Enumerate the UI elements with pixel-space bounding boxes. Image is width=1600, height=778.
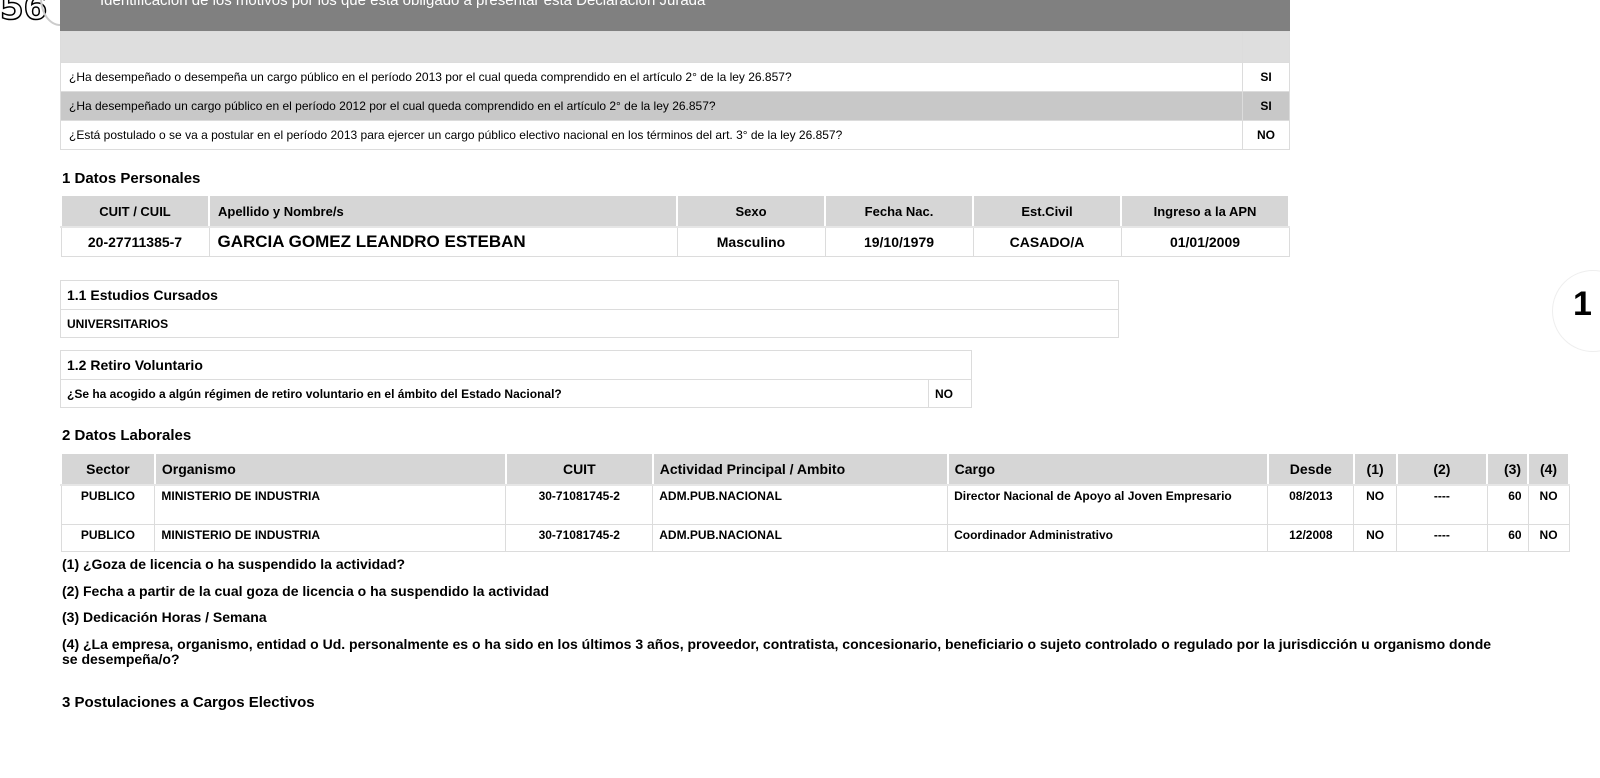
proveedor-cell: NO [1528, 485, 1569, 525]
col-1: (1) [1354, 453, 1397, 485]
col-fecha-nac: Fecha Nac. [825, 195, 973, 227]
col-nombre: Apellido y Nombre/s [209, 195, 677, 227]
col-est-civil: Est.Civil [973, 195, 1121, 227]
col-4: (4) [1528, 453, 1569, 485]
col-2: (2) [1397, 453, 1488, 485]
page-number-right-badge: 1 [1552, 270, 1600, 352]
sector-cell: PUBLICO [61, 485, 155, 525]
col-cuit: CUIT / CUIL [61, 195, 209, 227]
motivos-answer: SI [1243, 63, 1290, 92]
motivos-table: ¿Ha desempeñado o desempeña un cargo púb… [60, 31, 1290, 150]
organismo-cell: MINISTERIO DE INDUSTRIA [155, 525, 506, 552]
licencia-cell: NO [1354, 485, 1397, 525]
retiro-question: ¿Se ha acogido a algún régimen de retiro… [61, 380, 929, 408]
ingreso-apn-value: 01/01/2009 [1121, 227, 1289, 257]
sexo-value: Masculino [677, 227, 825, 257]
footnote-3: (3) Dedicación Horas / Semana [62, 609, 267, 625]
col-desde: Desde [1268, 453, 1354, 485]
fecha-nac-value: 19/10/1979 [825, 227, 973, 257]
datos-laborales-table: Sector Organismo CUIT Actividad Principa… [60, 452, 1570, 552]
datos-personales-row: 20-27711385-7 GARCIA GOMEZ LEANDRO ESTEB… [61, 227, 1289, 257]
motivos-question: ¿Está postulado o se va a postular en el… [61, 121, 1243, 150]
footnote-4: (4) ¿La empresa, organismo, entidad o Ud… [62, 637, 1502, 667]
motivos-title: Identificación de los motivos por los qu… [100, 0, 705, 9]
col-cuit: CUIT [506, 453, 653, 485]
desde-cell: 08/2013 [1268, 485, 1354, 525]
postulaciones-title: 3 Postulaciones a Cargos Electivos [62, 694, 315, 711]
page-number-right: 1 [1573, 285, 1592, 324]
est-civil-value: CASADO/A [973, 227, 1121, 257]
cuit-cell: 30-71081745-2 [506, 525, 653, 552]
estudios-table: 1.1 Estudios Cursados UNIVERSITARIOS [60, 280, 1119, 338]
datos-personales-table: CUIT / CUIL Apellido y Nombre/s Sexo Fec… [60, 194, 1290, 257]
col-sector: Sector [61, 453, 155, 485]
estudios-value: UNIVERSITARIOS [61, 310, 1119, 338]
motivos-row: ¿Está postulado o se va a postular en el… [61, 121, 1290, 150]
proveedor-cell: NO [1528, 525, 1569, 552]
datos-laborales-header-row: Sector Organismo CUIT Actividad Principa… [61, 453, 1569, 485]
sector-cell: PUBLICO [61, 525, 155, 552]
footnote-1: (1) ¿Goza de licencia o ha suspendido la… [62, 556, 405, 572]
col-sexo: Sexo [677, 195, 825, 227]
cargo-cell: Coordinador Administrativo [948, 525, 1268, 552]
organismo-cell: MINISTERIO DE INDUSTRIA [155, 485, 506, 525]
motivos-answer: NO [1243, 121, 1290, 150]
motivos-question: ¿Ha desempeñado o desempeña un cargo púb… [61, 63, 1243, 92]
col-ingreso-apn: Ingreso a la APN [1121, 195, 1289, 227]
actividad-cell: ADM.PUB.NACIONAL [653, 485, 948, 525]
col-actividad: Actividad Principal / Ambito [653, 453, 948, 485]
datos-personales-title: 1 Datos Personales [62, 170, 200, 187]
datos-laborales-title: 2 Datos Laborales [62, 427, 191, 444]
retiro-title: 1.2 Retiro Voluntario [61, 351, 972, 380]
motivos-question: ¿Ha desempeñado un cargo público en el p… [61, 92, 1243, 121]
desde-cell: 12/2008 [1268, 525, 1354, 552]
fecha-licencia-cell: ---- [1397, 485, 1488, 525]
footnote-2: (2) Fecha a partir de la cual goza de li… [62, 583, 549, 599]
col-3: (3) [1487, 453, 1528, 485]
cuit-value: 20-27711385-7 [61, 227, 209, 257]
motivos-header-row [61, 32, 1290, 63]
horas-cell: 60 [1487, 525, 1528, 552]
fecha-licencia-cell: ---- [1397, 525, 1488, 552]
retiro-table: 1.2 Retiro Voluntario ¿Se ha acogido a a… [60, 350, 972, 408]
actividad-cell: ADM.PUB.NACIONAL [653, 525, 948, 552]
datos-laborales-row: PUBLICO MINISTERIO DE INDUSTRIA 30-71081… [61, 485, 1569, 525]
retiro-answer: NO [929, 380, 972, 408]
estudios-title: 1.1 Estudios Cursados [61, 281, 1119, 310]
datos-laborales-row: PUBLICO MINISTERIO DE INDUSTRIA 30-71081… [61, 525, 1569, 552]
col-cargo: Cargo [948, 453, 1268, 485]
motivos-row: ¿Ha desempeñado un cargo público en el p… [61, 92, 1290, 121]
datos-personales-header-row: CUIT / CUIL Apellido y Nombre/s Sexo Fec… [61, 195, 1289, 227]
cargo-cell: Director Nacional de Apoyo al Joven Empr… [948, 485, 1268, 525]
horas-cell: 60 [1487, 485, 1528, 525]
licencia-cell: NO [1354, 525, 1397, 552]
col-organismo: Organismo [155, 453, 506, 485]
motivos-answer: SI [1243, 92, 1290, 121]
cuit-cell: 30-71081745-2 [506, 485, 653, 525]
nombre-value: GARCIA GOMEZ LEANDRO ESTEBAN [209, 227, 677, 257]
motivos-row: ¿Ha desempeñado o desempeña un cargo púb… [61, 63, 1290, 92]
